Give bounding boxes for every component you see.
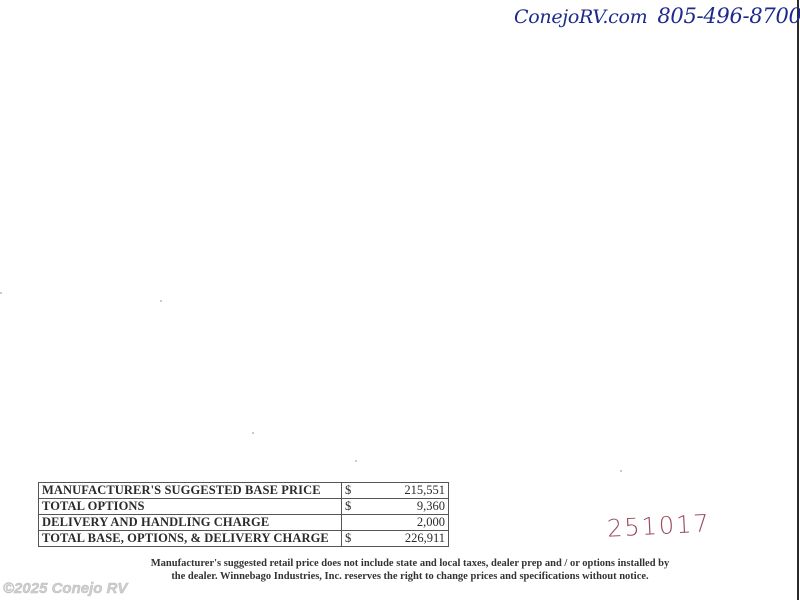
table-row: TOTAL OPTIONS $ 9,360 <box>39 499 449 515</box>
currency-symbol: $ <box>345 531 351 546</box>
disclaimer-line-2: the dealer. Winnebago Industries, Inc. r… <box>140 570 680 583</box>
dealer-phone: 805-496-8700 <box>657 4 800 28</box>
row-label: TOTAL BASE, OPTIONS, & DELIVERY CHARGE <box>39 531 342 547</box>
price-summary-table: MANUFACTURER'S SUGGESTED BASE PRICE $ 21… <box>38 482 449 547</box>
copyright-watermark: ©2025 Conejo RV <box>3 580 127 597</box>
row-value: $ 215,551 <box>342 483 449 499</box>
amount: 9,360 <box>345 499 445 514</box>
row-label: DELIVERY AND HANDLING CHARGE <box>39 515 342 531</box>
row-value: $ 9,360 <box>342 499 449 515</box>
scan-speck <box>355 460 357 462</box>
currency-symbol: $ <box>345 499 351 514</box>
page-edge <box>797 0 799 600</box>
scan-speck <box>620 470 622 472</box>
disclaimer-line-1: Manufacturer's suggested retail price do… <box>140 557 680 570</box>
handwritten-stock-number: 251017 <box>606 509 711 542</box>
scan-speck <box>160 300 162 302</box>
amount: 2,000 <box>345 515 445 530</box>
dealer-header: ConejoRV.com805-496-8700 <box>514 4 800 28</box>
table-row: DELIVERY AND HANDLING CHARGE 2,000 <box>39 515 449 531</box>
dealer-website[interactable]: ConejoRV.com <box>514 6 647 28</box>
row-value: $ 226,911 <box>342 531 449 547</box>
amount: 215,551 <box>345 483 445 498</box>
scan-speck <box>252 432 254 434</box>
row-value: 2,000 <box>342 515 449 531</box>
row-label: TOTAL OPTIONS <box>39 499 342 515</box>
amount: 226,911 <box>345 531 445 546</box>
table-row: MANUFACTURER'S SUGGESTED BASE PRICE $ 21… <box>39 483 449 499</box>
currency-symbol: $ <box>345 483 351 498</box>
table-row: TOTAL BASE, OPTIONS, & DELIVERY CHARGE $… <box>39 531 449 547</box>
price-disclaimer: Manufacturer's suggested retail price do… <box>140 557 680 583</box>
scan-speck <box>0 292 2 294</box>
row-label: MANUFACTURER'S SUGGESTED BASE PRICE <box>39 483 342 499</box>
